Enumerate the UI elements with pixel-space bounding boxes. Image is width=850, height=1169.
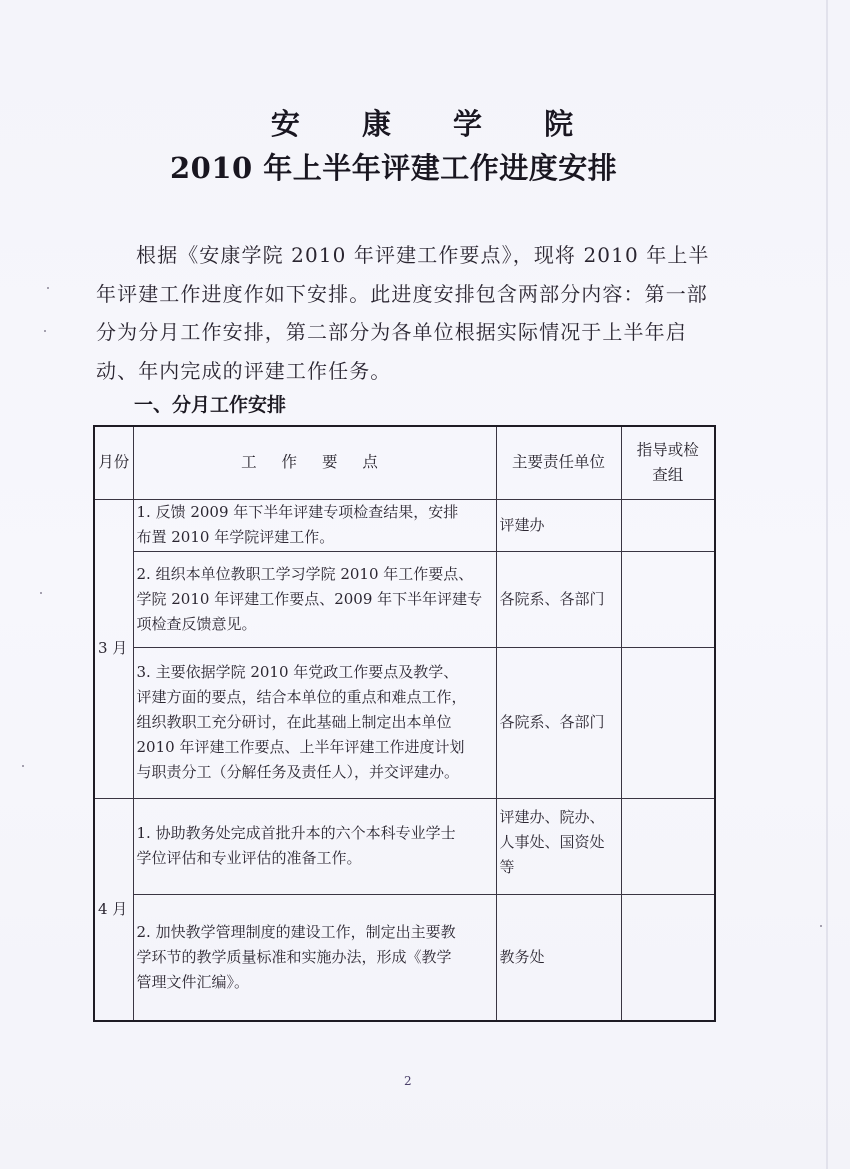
table-row: 3. 主要依据学院 2010 年党政工作要点及教学、 评建方面的要点，结合本单位… bbox=[94, 647, 715, 798]
task-line: 项检查反馈意见。 bbox=[137, 612, 493, 637]
intro-paragraph: 根据《安康学院 2010 年评建工作要点》，现将 2010 年上半年评建工作进度… bbox=[96, 236, 716, 390]
unit-line: 教务处 bbox=[500, 945, 618, 970]
unit-line: 各院系、各部门 bbox=[500, 587, 618, 612]
document-title-institution: 安 康 学 院 bbox=[0, 102, 850, 143]
guide-cell bbox=[621, 894, 715, 1021]
unit-cell: 各院系、各部门 bbox=[496, 647, 621, 798]
task-cell: 1. 反馈 2009 年下半年评建专项检查结果，安排 布置 2010 年学院评建… bbox=[133, 499, 496, 551]
document-title: 2010 年上半年评建工作进度安排 bbox=[170, 146, 617, 187]
table-header-row: 月份 工 作 要 点 主要责任单位 指导或检查组 bbox=[94, 426, 715, 499]
unit-line: 评建办 bbox=[500, 513, 618, 538]
unit-cell: 各院系、各部门 bbox=[496, 551, 621, 647]
unit-cell: 教务处 bbox=[496, 894, 621, 1021]
task-line: 布置 2010 年学院评建工作。 bbox=[137, 525, 493, 550]
month-cell-april: 4 月 bbox=[94, 798, 133, 1021]
task-line: 评建方面的要点，结合本单位的重点和难点工作， bbox=[137, 685, 493, 710]
task-cell: 1. 协助教务处完成首批升本的六个本科专业学士 学位评估和专业评估的准备工作。 bbox=[133, 798, 496, 894]
guide-cell bbox=[621, 499, 715, 551]
guide-cell bbox=[621, 798, 715, 894]
scan-speck bbox=[820, 925, 822, 927]
scan-speck bbox=[40, 592, 42, 594]
header-task: 工 作 要 点 bbox=[133, 426, 496, 499]
task-line: 学位评估和专业评估的准备工作。 bbox=[137, 846, 493, 871]
scanned-page: 安 康 学 院 2010 年上半年评建工作进度安排 根据《安康学院 2010 年… bbox=[0, 0, 850, 1169]
table-row: 3 月 1. 反馈 2009 年下半年评建专项检查结果，安排 布置 2010 年… bbox=[94, 499, 715, 551]
page-number: 2 bbox=[404, 1074, 412, 1088]
task-line: 与职责分工（分解任务及责任人），并交评建办。 bbox=[137, 760, 493, 785]
task-line: 学环节的教学质量标准和实施办法，形成《教学 bbox=[137, 945, 493, 970]
unit-line: 评建办、院办、 bbox=[500, 805, 618, 830]
scan-speck bbox=[22, 765, 24, 767]
page-edge-shadow bbox=[826, 0, 828, 1169]
task-line: 2010 年评建工作要点、上半年评建工作进度计划 bbox=[137, 735, 493, 760]
unit-line: 各院系、各部门 bbox=[500, 710, 618, 735]
unit-cell: 评建办 bbox=[496, 499, 621, 551]
task-line: 2. 加快教学管理制度的建设工作，制定出主要教 bbox=[137, 920, 493, 945]
header-guide-group: 指导或检查组 bbox=[621, 426, 715, 499]
task-line: 1. 协助教务处完成首批升本的六个本科专业学士 bbox=[137, 821, 493, 846]
task-cell: 3. 主要依据学院 2010 年党政工作要点及教学、 评建方面的要点，结合本单位… bbox=[133, 647, 496, 798]
guide-cell bbox=[621, 647, 715, 798]
task-line: 2. 组织本单位教职工学习学院 2010 年工作要点、 bbox=[137, 562, 493, 587]
table-row: 2. 组织本单位教职工学习学院 2010 年工作要点、 学院 2010 年评建工… bbox=[94, 551, 715, 647]
task-cell: 2. 加快教学管理制度的建设工作，制定出主要教 学环节的教学质量标准和实施办法，… bbox=[133, 894, 496, 1021]
table-row: 4 月 1. 协助教务处完成首批升本的六个本科专业学士 学位评估和专业评估的准备… bbox=[94, 798, 715, 894]
header-month: 月份 bbox=[94, 426, 133, 499]
task-line: 组织教职工充分研讨，在此基础上制定出本单位 bbox=[137, 710, 493, 735]
task-line: 3. 主要依据学院 2010 年党政工作要点及教学、 bbox=[137, 660, 493, 685]
unit-cell: 评建办、院办、 人事处、国资处 等 bbox=[496, 798, 621, 894]
unit-line: 人事处、国资处 bbox=[500, 830, 618, 855]
table-row: 2. 加快教学管理制度的建设工作，制定出主要教 学环节的教学质量标准和实施办法，… bbox=[94, 894, 715, 1021]
task-line: 1. 反馈 2009 年下半年评建专项检查结果，安排 bbox=[137, 500, 493, 525]
task-line: 管理文件汇编》。 bbox=[137, 970, 493, 995]
task-cell: 2. 组织本单位教职工学习学院 2010 年工作要点、 学院 2010 年评建工… bbox=[133, 551, 496, 647]
section-heading: 一、分月工作安排 bbox=[134, 390, 286, 417]
scan-speck bbox=[47, 287, 49, 289]
task-line: 学院 2010 年评建工作要点、2009 年下半年评建专 bbox=[137, 587, 493, 612]
scan-speck bbox=[44, 330, 46, 332]
header-responsible-unit: 主要责任单位 bbox=[496, 426, 621, 499]
month-cell-march: 3 月 bbox=[94, 499, 133, 798]
monthly-schedule-table: 月份 工 作 要 点 主要责任单位 指导或检查组 3 月 1. 反馈 2009 … bbox=[93, 425, 716, 1022]
guide-cell bbox=[621, 551, 715, 647]
unit-line: 等 bbox=[500, 855, 618, 880]
